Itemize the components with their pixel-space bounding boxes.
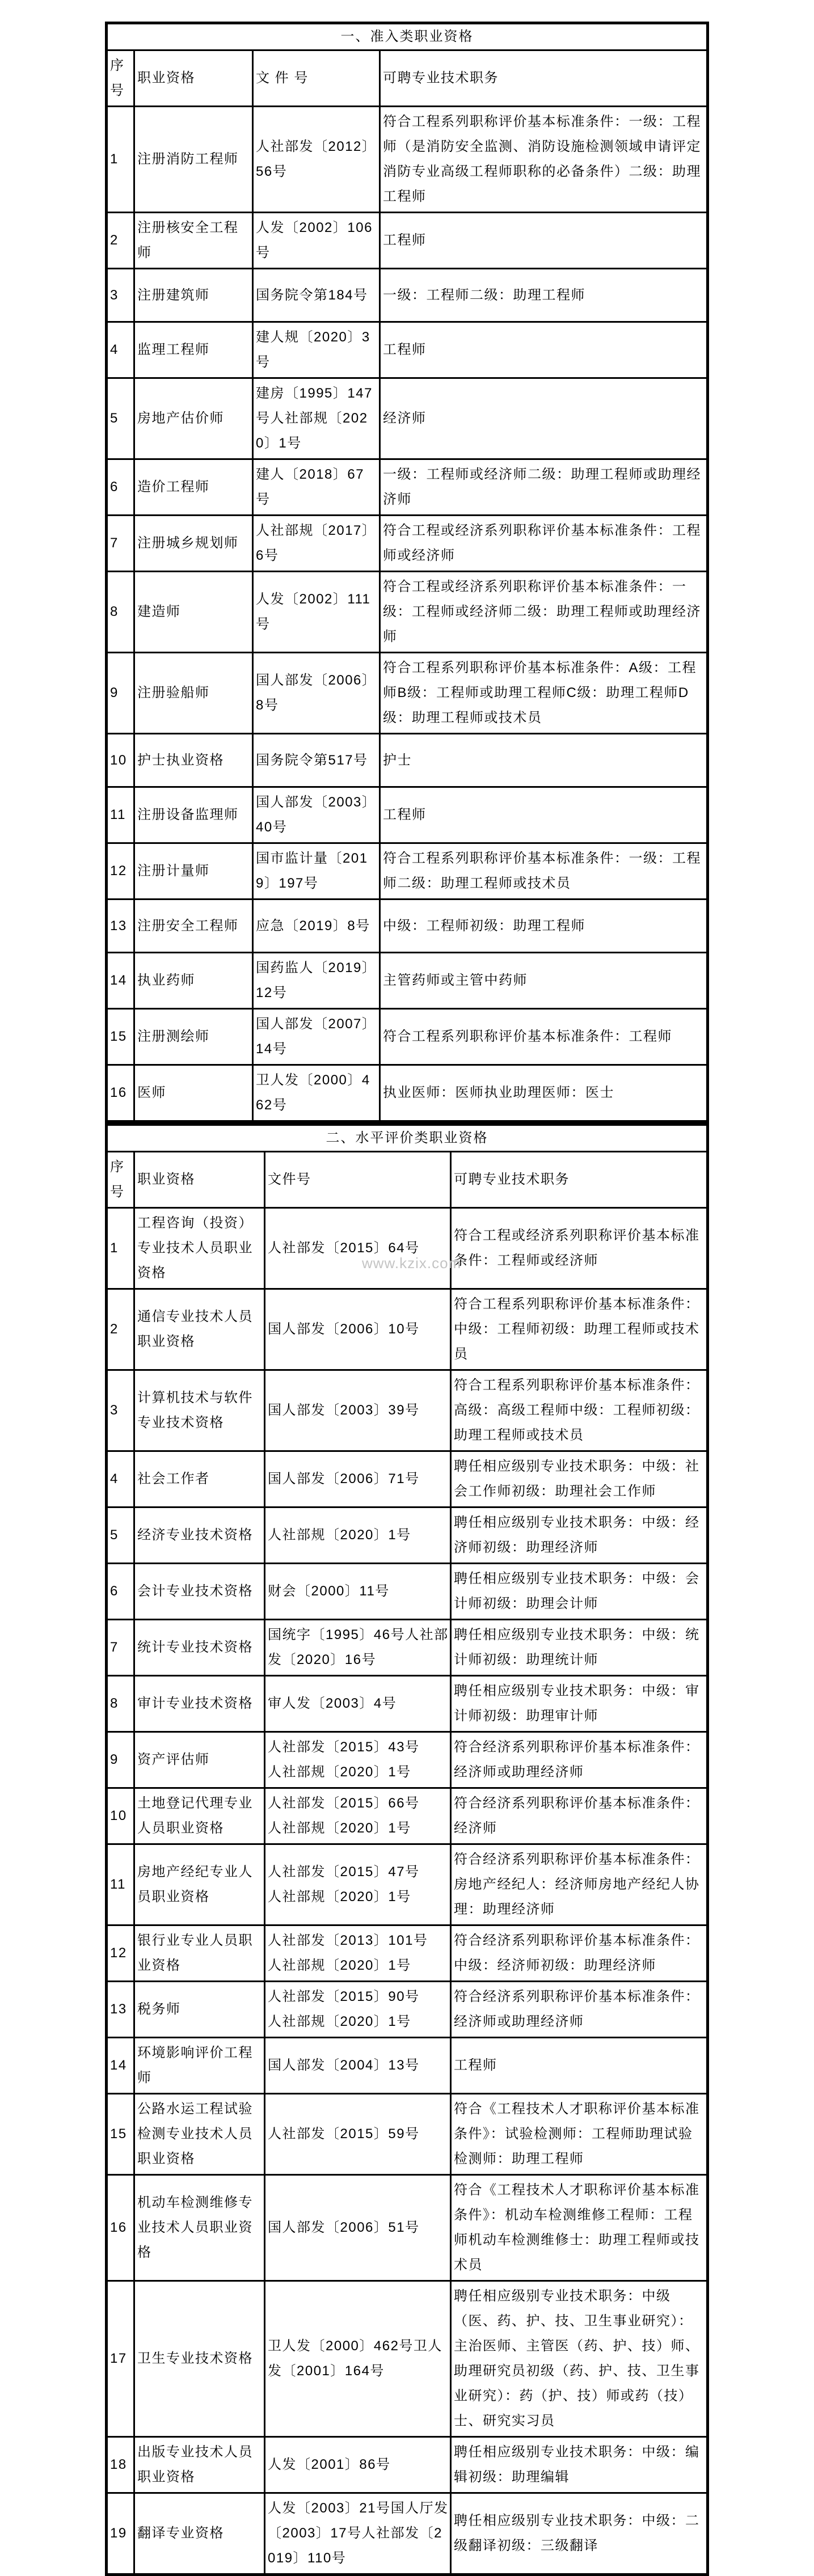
row-index: 4 bbox=[107, 322, 134, 378]
qualification-name: 资产评估师 bbox=[134, 1732, 265, 1788]
appointable-position: 符合工程或经济系列职称评价基本标准条件：工程师或经济师 bbox=[451, 1208, 708, 1289]
table-row: 9 资产评估师 人社部发〔2015〕43号 人社部规〔2020〕1号 符合经济系… bbox=[107, 1732, 708, 1788]
table-row: 14 执业药师 国药监人〔2019〕12号 主管药师或主管中药师 bbox=[107, 953, 708, 1009]
table-row: 17 卫生专业技术资格 卫人发〔2000〕462号卫人发〔2001〕164号 聘… bbox=[107, 2281, 708, 2437]
document-number: 人社部发〔2015〕43号 人社部规〔2020〕1号 bbox=[265, 1732, 451, 1788]
qualification-name: 注册测绘师 bbox=[134, 1009, 253, 1065]
qualification-name: 出版专业技术人员职业资格 bbox=[134, 2437, 265, 2493]
document-number: 建人〔2018〕67号 bbox=[253, 459, 380, 516]
row-index: 9 bbox=[107, 653, 134, 734]
qualification-name: 注册核安全工程师 bbox=[134, 213, 253, 269]
document-number: 人社部发〔2015〕47号 人社部规〔2020〕1号 bbox=[265, 1844, 451, 1925]
document-number: 国统字〔1995〕46号人社部发〔2020〕16号 bbox=[265, 1620, 451, 1676]
document-number: 国人部发〔2006〕71号 bbox=[265, 1451, 451, 1507]
col-header-position: 可聘专业技术职务 bbox=[380, 50, 708, 107]
section-title: 一、准入类职业资格 bbox=[107, 23, 708, 50]
appointable-position: 聘任相应级别专业技术职务：中级：统计师初级：助理统计师 bbox=[451, 1620, 708, 1676]
row-index: 13 bbox=[107, 900, 134, 953]
table-row: 10 护士执业资格 国务院令第517号 护士 bbox=[107, 734, 708, 787]
qualification-name: 机动车检测维修专业技术人员职业资格 bbox=[134, 2175, 265, 2281]
row-index: 5 bbox=[107, 378, 134, 459]
row-index: 6 bbox=[107, 459, 134, 516]
qualification-name: 建造师 bbox=[134, 572, 253, 653]
table-row: 13 税务师 人社部发〔2015〕90号 人社部规〔2020〕1号 符合经济系列… bbox=[107, 1982, 708, 2038]
row-index: 4 bbox=[107, 1451, 134, 1507]
col-header-position: 可聘专业技术职务 bbox=[451, 1152, 708, 1208]
qualification-name: 税务师 bbox=[134, 1982, 265, 2038]
table-row: 13 注册安全工程师 应急〔2019〕8号 中级：工程师初级：助理工程师 bbox=[107, 900, 708, 953]
col-header-document: 文 件 号 bbox=[253, 50, 380, 107]
appointable-position: 符合《工程技术人才职称评价基本标准条件》：机动车检测维修工程师：工程师机动车检测… bbox=[451, 2175, 708, 2281]
qualification-name: 监理工程师 bbox=[134, 322, 253, 378]
appointable-position: 聘任相应级别专业技术职务：中级：经济师初级：助理经济师 bbox=[451, 1507, 708, 1564]
table-row: 7 注册城乡规划师 人社部规〔2017〕6号 符合工程或经济系列职称评价基本标准… bbox=[107, 516, 708, 572]
col-header-index: 序号 bbox=[107, 1152, 134, 1208]
qualification-name: 房地产估价师 bbox=[134, 378, 253, 459]
table-row: 1 工程咨询（投资）专业技术人员职业资格 人社部发〔2015〕64号 符合工程或… bbox=[107, 1208, 708, 1289]
appointable-position: 执业医师：医师执业助理医师：医士 bbox=[380, 1065, 708, 1122]
table-row: 14 环境影响评价工程师 国人部发〔2004〕13号 工程师 bbox=[107, 2038, 708, 2094]
table-row: 15 公路水运工程试验检测专业技术人员职业资格 人社部发〔2015〕59号 符合… bbox=[107, 2094, 708, 2175]
table-row: 4 监理工程师 建人规〔2020〕3号 工程师 bbox=[107, 322, 708, 378]
qualification-name: 卫生专业技术资格 bbox=[134, 2281, 265, 2437]
appointable-position: 符合经济系列职称评价基本标准条件：房地产经纪人：经济师房地产经纪人协理：助理经济… bbox=[451, 1844, 708, 1925]
document-number: 卫人发〔2000〕462号卫人发〔2001〕164号 bbox=[265, 2281, 451, 2437]
col-header-qualification: 职业资格 bbox=[134, 50, 253, 107]
document-number: 人社部发〔2012〕56号 bbox=[253, 107, 380, 213]
table-row: 2 通信专业技术人员职业资格 国人部发〔2006〕10号 符合工程系列职称评价基… bbox=[107, 1289, 708, 1370]
document-number: 卫人发〔2000〕462号 bbox=[253, 1065, 380, 1122]
qualification-name: 注册设备监理师 bbox=[134, 787, 253, 843]
qualification-name: 医师 bbox=[134, 1065, 253, 1122]
row-index: 12 bbox=[107, 1925, 134, 1982]
appointable-position: 聘任相应级别专业技术职务：中级：会计师初级：助理会计师 bbox=[451, 1564, 708, 1620]
document-number: 人发〔2002〕106号 bbox=[253, 213, 380, 269]
document-number: 建房〔1995〕147号人社部规〔2020〕1号 bbox=[253, 378, 380, 459]
table-row: 11 房地产经纪专业人员职业资格 人社部发〔2015〕47号 人社部规〔2020… bbox=[107, 1844, 708, 1925]
appointable-position: 工程师 bbox=[451, 2038, 708, 2094]
qualification-name: 注册计量师 bbox=[134, 843, 253, 900]
qualification-name: 社会工作者 bbox=[134, 1451, 265, 1507]
appointable-position: 符合经济系列职称评价基本标准条件：经济师或助理经济师 bbox=[451, 1982, 708, 2038]
appointable-position: 工程师 bbox=[380, 322, 708, 378]
table-row: 16 机动车检测维修专业技术人员职业资格 国人部发〔2006〕51号 符合《工程… bbox=[107, 2175, 708, 2281]
section-entry-qualifications: 一、准入类职业资格 序号 职业资格 文 件 号 可聘专业技术职务 1 注册消防工… bbox=[0, 22, 814, 1123]
row-index: 6 bbox=[107, 1564, 134, 1620]
appointable-position: 符合工程系列职称评价基本标准条件：工程师 bbox=[380, 1009, 708, 1065]
section-title-row: 一、准入类职业资格 bbox=[107, 23, 708, 50]
appointable-position: 经济师 bbox=[380, 378, 708, 459]
qualification-name: 注册安全工程师 bbox=[134, 900, 253, 953]
section-title-row: 二、水平评价类职业资格 bbox=[107, 1125, 708, 1152]
row-index: 15 bbox=[107, 2094, 134, 2175]
appointable-position: 聘任相应级别专业技术职务：中级：编辑初级：助理编辑 bbox=[451, 2437, 708, 2493]
document-number: 国人部发〔2004〕13号 bbox=[265, 2038, 451, 2094]
row-index: 11 bbox=[107, 1844, 134, 1925]
row-index: 14 bbox=[107, 953, 134, 1009]
table-row: 12 银行业专业人员职业资格 人社部发〔2013〕101号 人社部规〔2020〕… bbox=[107, 1925, 708, 1982]
document-number: 国务院令第517号 bbox=[253, 734, 380, 787]
document-number: 人社部发〔2015〕66号 人社部规〔2020〕1号 bbox=[265, 1788, 451, 1844]
document-number: 人社部发〔2015〕64号 bbox=[265, 1208, 451, 1289]
qualification-name: 注册验船师 bbox=[134, 653, 253, 734]
row-index: 18 bbox=[107, 2437, 134, 2493]
table-row: 6 会计专业技术资格 财会〔2000〕11号 聘任相应级别专业技术职务：中级：会… bbox=[107, 1564, 708, 1620]
qualification-name: 工程咨询（投资）专业技术人员职业资格 bbox=[134, 1208, 265, 1289]
appointable-position: 护士 bbox=[380, 734, 708, 787]
qualification-name: 经济专业技术资格 bbox=[134, 1507, 265, 1564]
document-number: 国药监人〔2019〕12号 bbox=[253, 953, 380, 1009]
document-number: 应急〔2019〕8号 bbox=[253, 900, 380, 953]
appointable-position: 工程师 bbox=[380, 787, 708, 843]
appointable-position: 符合工程或经济系列职称评价基本标准条件：工程师或经济师 bbox=[380, 516, 708, 572]
row-index: 2 bbox=[107, 1289, 134, 1370]
row-index: 19 bbox=[107, 2493, 134, 2575]
document-number: 国人部发〔2006〕10号 bbox=[265, 1289, 451, 1370]
table-row: 1 注册消防工程师 人社部发〔2012〕56号 符合工程系列职称评价基本标准条件… bbox=[107, 107, 708, 213]
appointable-position: 主管药师或主管中药师 bbox=[380, 953, 708, 1009]
table-row: 3 计算机技术与软件专业技术资格 国人部发〔2003〕39号 符合工程系列职称评… bbox=[107, 1370, 708, 1451]
document-number: 国人部发〔2006〕8号 bbox=[253, 653, 380, 734]
appointable-position: 符合经济系列职称评价基本标准条件：中级：经济师初级：助理经济师 bbox=[451, 1925, 708, 1982]
appointable-position: 工程师 bbox=[380, 213, 708, 269]
table-row: 19 翻译专业资格 人发〔2003〕21号国人厅发〔2003〕17号人社部发〔2… bbox=[107, 2493, 708, 2575]
row-index: 14 bbox=[107, 2038, 134, 2094]
row-index: 3 bbox=[107, 269, 134, 322]
table-row: 2 注册核安全工程师 人发〔2002〕106号 工程师 bbox=[107, 213, 708, 269]
table-row: 6 造价工程师 建人〔2018〕67号 一级：工程师或经济师二级：助理工程师或助… bbox=[107, 459, 708, 516]
document-number: 人发〔2002〕111号 bbox=[253, 572, 380, 653]
document-number: 国市监计量〔2019〕197号 bbox=[253, 843, 380, 900]
row-index: 13 bbox=[107, 1982, 134, 2038]
row-index: 5 bbox=[107, 1507, 134, 1564]
col-header-qualification: 职业资格 bbox=[134, 1152, 265, 1208]
appointable-position: 符合《工程技术人才职称评价基本标准条件》：试验检测师：工程师助理试验检测师：助理… bbox=[451, 2094, 708, 2175]
appointable-position: 符合工程系列职称评价基本标准条件：高级：高级工程师中级：工程师初级：助理工程师或… bbox=[451, 1370, 708, 1451]
qualification-name: 公路水运工程试验检测专业技术人员职业资格 bbox=[134, 2094, 265, 2175]
qualification-name: 审计专业技术资格 bbox=[134, 1676, 265, 1732]
qualification-name: 房地产经纪专业人员职业资格 bbox=[134, 1844, 265, 1925]
qualification-name: 计算机技术与软件专业技术资格 bbox=[134, 1370, 265, 1451]
qualification-name: 注册城乡规划师 bbox=[134, 516, 253, 572]
table-row: 4 社会工作者 国人部发〔2006〕71号 聘任相应级别专业技术职务：中级：社会… bbox=[107, 1451, 708, 1507]
document-number: 人社部发〔2013〕101号 人社部规〔2020〕1号 bbox=[265, 1925, 451, 1982]
appointable-position: 中级：工程师初级：助理工程师 bbox=[380, 900, 708, 953]
section-title: 二、水平评价类职业资格 bbox=[107, 1125, 708, 1152]
row-index: 9 bbox=[107, 1732, 134, 1788]
section-level-evaluation-qualifications: 二、水平评价类职业资格 序号 职业资格 文件号 可聘专业技术职务 1 工程咨询（… bbox=[0, 1123, 814, 2576]
appointable-position: 符合工程系列职称评价基本标准条件：一级：工程师（是消防安全监测、消防设施检测领域… bbox=[380, 107, 708, 213]
table-row: 12 注册计量师 国市监计量〔2019〕197号 符合工程系列职称评价基本标准条… bbox=[107, 843, 708, 900]
row-index: 15 bbox=[107, 1009, 134, 1065]
document-number: 国人部发〔2003〕40号 bbox=[253, 787, 380, 843]
document-number: 人发〔2003〕21号国人厅发〔2003〕17号人社部发〔2019〕110号 bbox=[265, 2493, 451, 2575]
table-row: 5 经济专业技术资格 人社部规〔2020〕1号 聘任相应级别专业技术职务：中级：… bbox=[107, 1507, 708, 1564]
table-row: 16 医师 卫人发〔2000〕462号 执业医师：医师执业助理医师：医士 bbox=[107, 1065, 708, 1122]
document-number: 国务院令第184号 bbox=[253, 269, 380, 322]
document-number: 建人规〔2020〕3号 bbox=[253, 322, 380, 378]
qualification-name: 注册消防工程师 bbox=[134, 107, 253, 213]
row-index: 3 bbox=[107, 1370, 134, 1451]
row-index: 1 bbox=[107, 107, 134, 213]
row-index: 2 bbox=[107, 213, 134, 269]
document-number: 国人部发〔2007〕14号 bbox=[253, 1009, 380, 1065]
document-number: 人社部发〔2015〕90号 人社部规〔2020〕1号 bbox=[265, 1982, 451, 2038]
document-number: 国人部发〔2003〕39号 bbox=[265, 1370, 451, 1451]
appointable-position: 聘任相应级别专业技术职务：中级：社会工作师初级：助理社会工作师 bbox=[451, 1451, 708, 1507]
appointable-position: 聘任相应级别专业技术职务：中级（医、药、护、技、卫生事业研究）：主治医师、主管医… bbox=[451, 2281, 708, 2437]
row-index: 7 bbox=[107, 516, 134, 572]
document-number: 人社部规〔2020〕1号 bbox=[265, 1507, 451, 1564]
appointable-position: 一级：工程师或经济师二级：助理工程师或助理经济师 bbox=[380, 459, 708, 516]
qualification-name: 翻译专业资格 bbox=[134, 2493, 265, 2575]
appointable-position: 符合经济系列职称评价基本标准条件：经济师或助理经济师 bbox=[451, 1732, 708, 1788]
appointable-position: 符合工程或经济系列职称评价基本标准条件：一级：工程师或经济师二级：助理工程师或助… bbox=[380, 572, 708, 653]
qualification-name: 注册建筑师 bbox=[134, 269, 253, 322]
qualification-name: 通信专业技术人员职业资格 bbox=[134, 1289, 265, 1370]
document-number: 人发〔2001〕86号 bbox=[265, 2437, 451, 2493]
appointable-position: 符合工程系列职称评价基本标准条件：A级：工程师B级：工程师或助理工程师C级：助理… bbox=[380, 653, 708, 734]
entry-qualifications-table: 一、准入类职业资格 序号 职业资格 文 件 号 可聘专业技术职务 1 注册消防工… bbox=[105, 22, 709, 1123]
qualification-name: 环境影响评价工程师 bbox=[134, 2038, 265, 2094]
document-number: 人社部发〔2015〕59号 bbox=[265, 2094, 451, 2175]
col-header-index: 序号 bbox=[107, 50, 134, 107]
row-index: 8 bbox=[107, 572, 134, 653]
appointable-position: 符合经济系列职称评价基本标准条件：经济师 bbox=[451, 1788, 708, 1844]
appointable-position: 一级：工程师二级：助理工程师 bbox=[380, 269, 708, 322]
column-header-row: 序号 职业资格 文件号 可聘专业技术职务 bbox=[107, 1152, 708, 1208]
table-row: 5 房地产估价师 建房〔1995〕147号人社部规〔2020〕1号 经济师 bbox=[107, 378, 708, 459]
table-row: 8 建造师 人发〔2002〕111号 符合工程或经济系列职称评价基本标准条件：一… bbox=[107, 572, 708, 653]
table-row: 15 注册测绘师 国人部发〔2007〕14号 符合工程系列职称评价基本标准条件：… bbox=[107, 1009, 708, 1065]
row-index: 16 bbox=[107, 2175, 134, 2281]
document-number: 人社部规〔2017〕6号 bbox=[253, 516, 380, 572]
row-index: 8 bbox=[107, 1676, 134, 1732]
page: www.kzix.com 一、准入类职业资格 序号 职业资格 文 件 号 可聘专… bbox=[0, 0, 814, 2576]
appointable-position: 符合工程系列职称评价基本标准条件：中级：工程师初级：助理工程师或技术员 bbox=[451, 1289, 708, 1370]
document-number: 国人部发〔2006〕51号 bbox=[265, 2175, 451, 2281]
qualification-name: 造价工程师 bbox=[134, 459, 253, 516]
table-row: 11 注册设备监理师 国人部发〔2003〕40号 工程师 bbox=[107, 787, 708, 843]
qualification-name: 土地登记代理专业人员职业资格 bbox=[134, 1788, 265, 1844]
appointable-position: 聘任相应级别专业技术职务：中级：审计师初级：助理审计师 bbox=[451, 1676, 708, 1732]
table-row: 8 审计专业技术资格 审人发〔2003〕4号 聘任相应级别专业技术职务：中级：审… bbox=[107, 1676, 708, 1732]
table-row: 7 统计专业技术资格 国统字〔1995〕46号人社部发〔2020〕16号 聘任相… bbox=[107, 1620, 708, 1676]
row-index: 10 bbox=[107, 1788, 134, 1844]
document-number: 审人发〔2003〕4号 bbox=[265, 1676, 451, 1732]
row-index: 1 bbox=[107, 1208, 134, 1289]
qualification-name: 护士执业资格 bbox=[134, 734, 253, 787]
qualification-name: 会计专业技术资格 bbox=[134, 1564, 265, 1620]
table-row: 18 出版专业技术人员职业资格 人发〔2001〕86号 聘任相应级别专业技术职务… bbox=[107, 2437, 708, 2493]
document-number: 财会〔2000〕11号 bbox=[265, 1564, 451, 1620]
table-row: 3 注册建筑师 国务院令第184号 一级：工程师二级：助理工程师 bbox=[107, 269, 708, 322]
table-row: 10 土地登记代理专业人员职业资格 人社部发〔2015〕66号 人社部规〔202… bbox=[107, 1788, 708, 1844]
row-index: 7 bbox=[107, 1620, 134, 1676]
appointable-position: 聘任相应级别专业技术职务：中级：二级翻译初级：三级翻译 bbox=[451, 2493, 708, 2575]
row-index: 16 bbox=[107, 1065, 134, 1122]
row-index: 11 bbox=[107, 787, 134, 843]
table-row: 9 注册验船师 国人部发〔2006〕8号 符合工程系列职称评价基本标准条件：A级… bbox=[107, 653, 708, 734]
column-header-row: 序号 职业资格 文 件 号 可聘专业技术职务 bbox=[107, 50, 708, 107]
level-evaluation-qualifications-table: 二、水平评价类职业资格 序号 职业资格 文件号 可聘专业技术职务 1 工程咨询（… bbox=[105, 1123, 709, 2576]
qualification-name: 银行业专业人员职业资格 bbox=[134, 1925, 265, 1982]
row-index: 12 bbox=[107, 843, 134, 900]
row-index: 10 bbox=[107, 734, 134, 787]
qualification-name: 统计专业技术资格 bbox=[134, 1620, 265, 1676]
appointable-position: 符合工程系列职称评价基本标准条件：一级：工程师二级：助理工程师或技术员 bbox=[380, 843, 708, 900]
col-header-document: 文件号 bbox=[265, 1152, 451, 1208]
qualification-name: 执业药师 bbox=[134, 953, 253, 1009]
row-index: 17 bbox=[107, 2281, 134, 2437]
